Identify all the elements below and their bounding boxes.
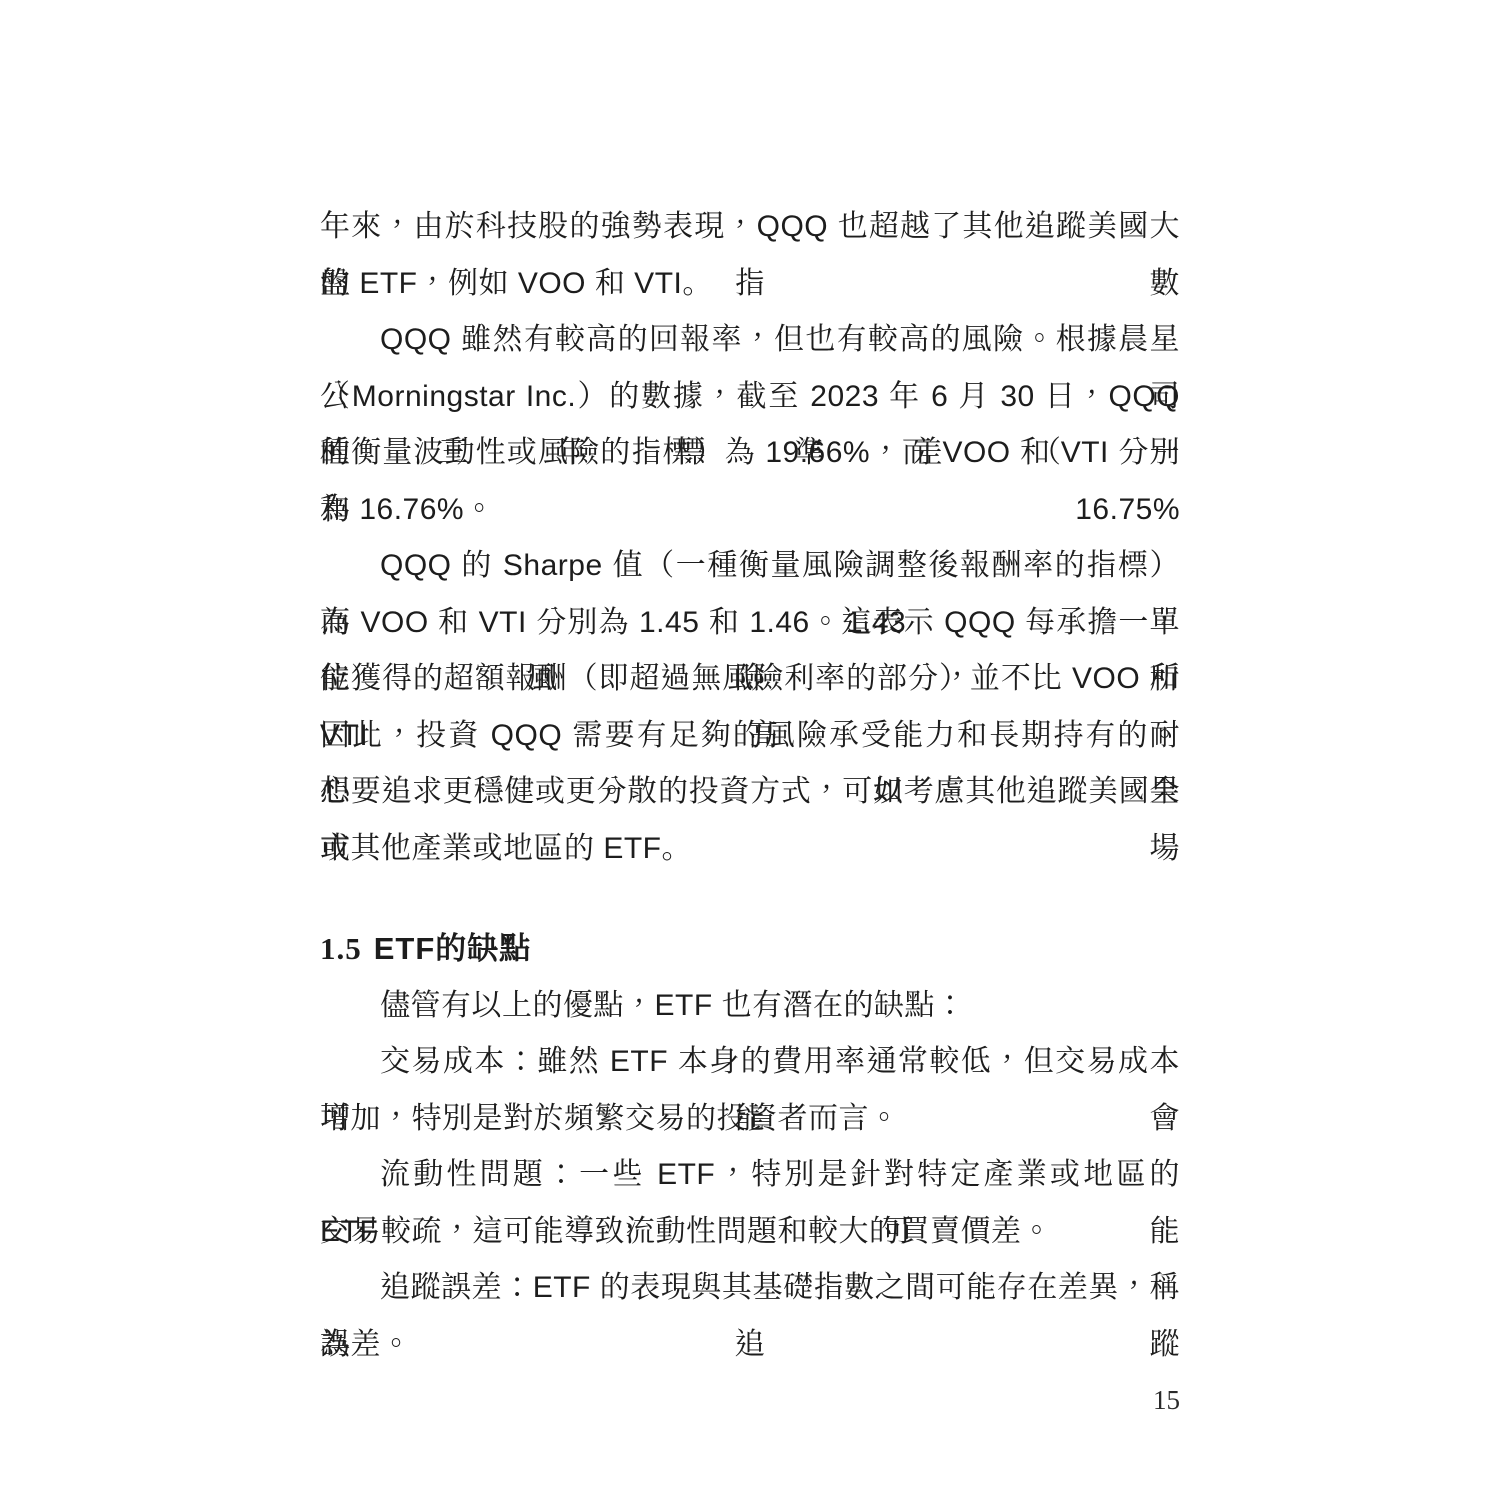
text-line: 種衡量波動性或風險的指標）為 19.66%，而 VOO 和 VTI 分別為 16…	[320, 425, 1180, 482]
text-line: 交易成本：雖然 ETF 本身的費用率通常較低，但交易成本可能會	[320, 1034, 1180, 1091]
text-line: 流動性問題：一些 ETF，特別是針對特定產業或地區的 ETF，可能	[320, 1147, 1180, 1204]
document-page: 年來，由於科技股的強勢表現，QQQ 也超越了其他追蹤美國大盤指數 的 ETF，例…	[0, 0, 1500, 1500]
section-title: ETF的缺點	[374, 931, 532, 966]
text-line: （Morningstar Inc.）的數據，截至 2023 年 6 月 30 日…	[320, 369, 1180, 426]
text-line: 而 VOO 和 VTI 分別為 1.45 和 1.46。這表示 QQQ 每承擔一…	[320, 595, 1180, 652]
text-line: 因此，投資 QQQ 需要有足夠的風險承受能力和長期持有的耐心。如果	[320, 708, 1180, 765]
section-heading: 1.5ETF的缺點	[320, 921, 1180, 978]
section-number: 1.5	[320, 931, 362, 966]
text-line: 想要追求更穩健或更分散的投資方式，可以考慮其他追蹤美國全市場	[320, 764, 1180, 821]
text-line: 年來，由於科技股的強勢表現，QQQ 也超越了其他追蹤美國大盤指數	[320, 199, 1180, 256]
text-line: QQQ 的 Sharpe 值（一種衡量風險調整後報酬率的指標）為 1.43，	[320, 538, 1180, 595]
text-column: 年來，由於科技股的強勢表現，QQQ 也超越了其他追蹤美國大盤指數 的 ETF，例…	[320, 199, 1180, 1373]
text-line: 能獲得的超額報酬（即超過無風險利率的部分）並不比 VOO 和 VTI 高。	[320, 651, 1180, 708]
text-line: 追蹤誤差：ETF 的表現與其基礎指數之間可能存在差異，稱為追蹤	[320, 1260, 1180, 1317]
page-number: 15	[1080, 1385, 1180, 1416]
text-line: QQQ 雖然有較高的回報率，但也有較高的風險。根據晨星公司	[320, 312, 1180, 369]
text-line: 儘管有以上的優點，ETF 也有潛在的缺點：	[320, 978, 1180, 1035]
text-line: 交易較疏，這可能導致流動性問題和較大的買賣價差。	[320, 1204, 1180, 1261]
